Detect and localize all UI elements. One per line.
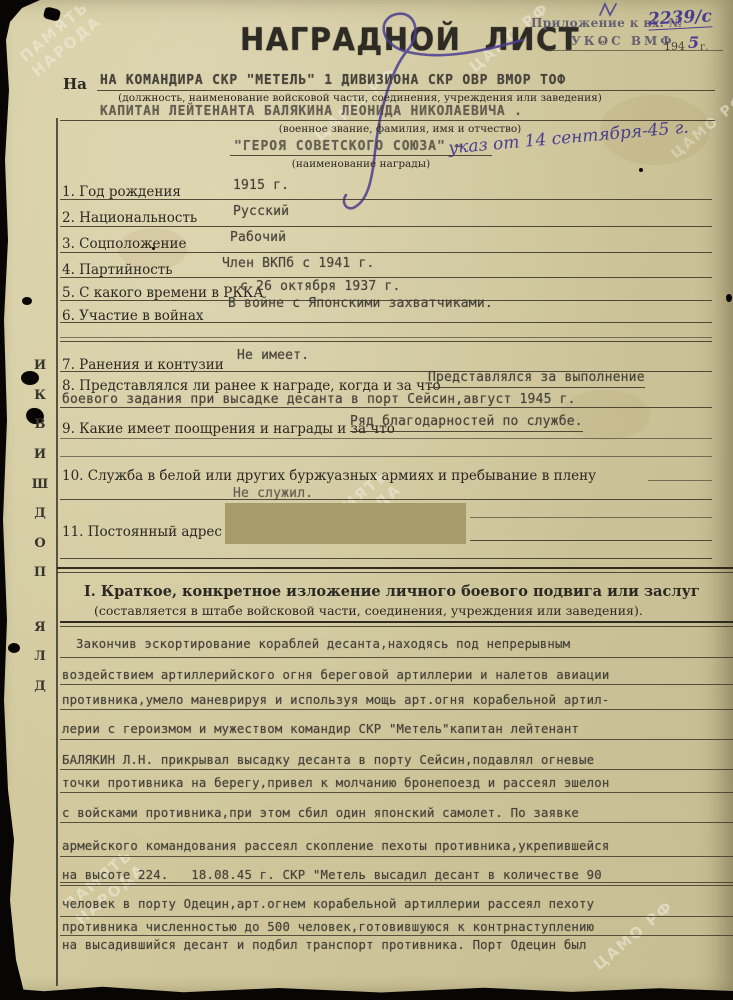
position-caption: (должность, наименование войсковой части… [60, 92, 660, 104]
item-value-7: Не имеет. [237, 348, 309, 363]
stamp-date-suffix: г. [700, 42, 708, 53]
filing-margin-text: ИКВИШДОП ЯЛД [30, 358, 50, 694]
rule [60, 822, 733, 823]
item-value-4: Член ВКПб с 1941 г. [222, 256, 375, 271]
section-rule-top [57, 567, 733, 569]
item-label-2: 2. Национальность [62, 210, 197, 226]
rule [60, 322, 712, 323]
rule [60, 739, 733, 740]
body-line: человек в порту Одецин,арт.огнем корабел… [62, 897, 733, 911]
rule [60, 337, 712, 338]
item-label-9: 9. Какие имеет поощрения и награды и за … [62, 421, 395, 437]
rule [60, 856, 733, 857]
rule [60, 684, 733, 685]
section-caption: (составляется в штабе войсковой части, с… [94, 603, 643, 618]
stamp-incoming-number: 2239/с [647, 6, 712, 30]
rule [60, 226, 712, 227]
item-label-4: 4. Партийность [62, 262, 173, 278]
item-value-5: с 26 октября 1937 г. [240, 279, 401, 294]
rule [60, 792, 733, 793]
item-label-1: 1. Год рождения [62, 184, 181, 200]
rule [60, 407, 712, 408]
award-caption: (наименование награды) [230, 158, 492, 170]
rule [60, 657, 733, 658]
item-label-3: 3. Соцположение [62, 236, 187, 252]
item-value-2: Русский [233, 204, 289, 219]
award-line: "ГЕРОЯ СОВЕТСКОГО СОЮЗА" — [234, 139, 464, 154]
position-line: НА КОМАНДИРА СКР "МЕТЕЛЬ" 1 ДИВИЗИОНА СК… [100, 73, 566, 88]
rule [60, 456, 712, 457]
stamp-date-year: 194 [664, 40, 685, 53]
item-label-10: 10. Служба в белой или других буржуазных… [62, 468, 596, 484]
page-title: НАГРАДНОЙ ЛИСТ [240, 21, 502, 58]
name-line: КАПИТАН ЛЕЙТЕНАНТА БАЛЯКИНА ЛЕОНИДА НИКО… [100, 104, 523, 119]
rule [60, 120, 715, 121]
item-value-3: Рабочий [230, 230, 286, 245]
rule [60, 916, 733, 917]
rule [60, 438, 712, 439]
item-value-8a: Представлялся за выполнение [428, 370, 645, 388]
rule [648, 480, 712, 481]
body-line: точки противника на берегу,привел к молч… [62, 776, 733, 790]
item-label-11: 11. Постоянный адрес [62, 524, 222, 540]
rule [60, 558, 712, 559]
section-rule-top2 [57, 572, 733, 573]
rule [60, 935, 733, 936]
item-value-6: В войне с Японскими захватчиками. [228, 296, 493, 311]
redaction-box [225, 503, 466, 544]
body-line: противника численностью до 500 человек,г… [62, 920, 733, 934]
rule [97, 90, 715, 91]
body-line: на высадившийся десант и подбил транспор… [62, 938, 733, 952]
section-heading: I. Краткое, конкретное изложение личного… [84, 583, 700, 600]
rule [60, 252, 712, 253]
body-line: армейского командования рассеял скоплени… [62, 839, 733, 853]
body-line: с войсками противника,при этом сбил один… [62, 806, 733, 820]
stamp-date-close-quote: “ [600, 40, 605, 51]
item-value-8b: боевого задания при высадке десанта в по… [62, 392, 576, 407]
rule [470, 517, 712, 518]
speck [639, 168, 643, 172]
rule [60, 769, 733, 770]
form-vertical-rule [56, 118, 58, 986]
stamp-date-open-quote: „ [548, 42, 553, 53]
speck [726, 294, 732, 302]
stamp-ukos-vmf: УКОС ВМФ [571, 34, 675, 48]
section-rule-bottom [60, 621, 733, 623]
rule [470, 540, 712, 541]
stamp-date-year-handwritten: 5 [688, 33, 699, 52]
body-line: противника,умело маневрируя и используя … [62, 693, 733, 707]
section-rule-bottom2 [60, 626, 733, 627]
item-value-1: 1915 г. [233, 178, 289, 193]
rule [60, 885, 733, 886]
award-sheet-scan: ПАМЯТЬ НАРОДА ЦАМО РФ ЦАМО РФ ПАМЯТЬ НАР… [0, 0, 733, 1000]
rule [60, 199, 712, 200]
body-line: лерии с героизмом и мужеством командир С… [62, 722, 733, 736]
body-line: Закончив эскортирование кораблей десанта… [62, 637, 733, 651]
body-line: воздействием артиллерийского огня берего… [62, 668, 733, 682]
body-line: БАЛЯКИН Л.Н. прикрывал высадку десанта в… [62, 753, 733, 767]
rule [60, 277, 712, 278]
rule [60, 882, 733, 883]
body-line: на высоте 224. 18.08.45 г. СКР "Метель в… [62, 868, 733, 882]
rule [60, 709, 733, 710]
na-label: На [63, 75, 87, 93]
rule [60, 341, 712, 342]
rule [230, 155, 492, 156]
rule [60, 499, 712, 500]
